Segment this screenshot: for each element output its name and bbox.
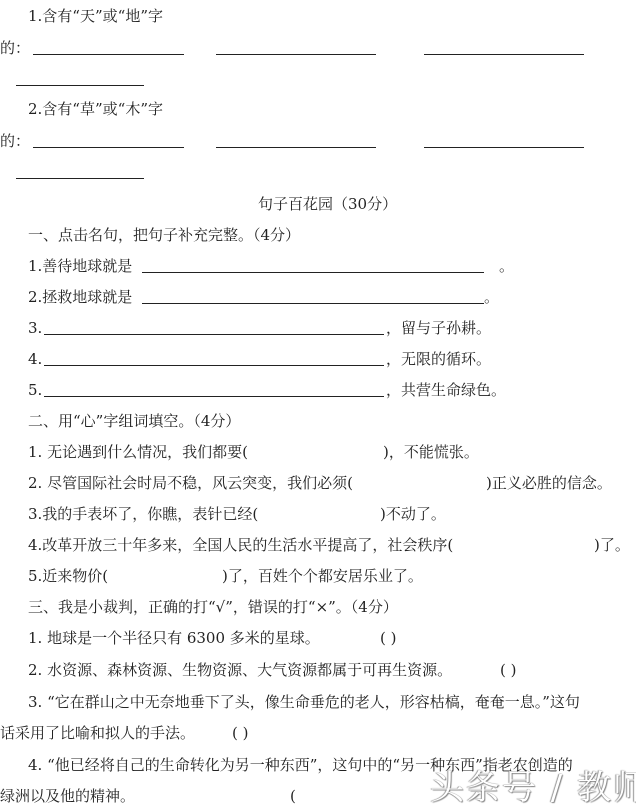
- q2-label: 2.含有“草”或“木”字: [28, 100, 163, 118]
- s3-item-2-paren[interactable]: ( ): [500, 661, 516, 679]
- s3-item-1-paren[interactable]: ( ): [380, 629, 396, 647]
- s2-item-3-after: )不动了。: [380, 505, 446, 523]
- s1-item-3-prefix: 3.: [28, 319, 42, 337]
- s3-item-3-paren[interactable]: ( ): [232, 724, 248, 742]
- s2-item-2-before: 2. 尽管国际社会时局不稳，风云突变，我们必须(: [28, 474, 353, 492]
- s3-item-4-paren[interactable]: (: [290, 787, 296, 805]
- s3-item-2-text: 2. 水资源、森林资源、生物资源、大气资源都属于可再生资源。: [28, 661, 452, 679]
- s2-item-5-before: 5.近来物价(: [28, 567, 108, 585]
- q1-blank-4[interactable]: [16, 85, 144, 86]
- s2-item-4-before: 4.改革开放三十年多来，全国人民的生活水平提高了，社会秩序(: [28, 536, 453, 554]
- s1-item-4-prefix: 4.: [28, 350, 42, 368]
- s1-item-2-prefix: 2.拯救地球就是: [28, 288, 132, 306]
- q1-blank-3[interactable]: [424, 54, 584, 55]
- s2-item-4-after: )了。: [594, 536, 630, 554]
- q1-blank-2[interactable]: [216, 54, 376, 55]
- s1-item-4-blank[interactable]: [44, 365, 384, 366]
- s1-item-3-suffix: ，留与子孙耕。: [386, 319, 491, 337]
- s1-item-3-blank[interactable]: [44, 334, 384, 335]
- q1-blank-1[interactable]: [33, 54, 184, 55]
- s1-item-1-suffix: 。: [499, 257, 514, 275]
- s3-item-3-line2: 话采用了比喻和拟人的手法。: [0, 724, 195, 742]
- s2-item-5-after: )了，百姓个个都安居乐业了。: [222, 567, 423, 585]
- q2-blank-4[interactable]: [16, 178, 144, 179]
- s2-item-3-before: 3.我的手表坏了，你瞧，表针已经(: [28, 505, 258, 523]
- s3-item-1-text: 1. 地球是一个半径只有 6300 多米的星球。: [28, 629, 320, 647]
- s1-item-2-suffix: 。: [484, 288, 499, 306]
- q2-blank-2[interactable]: [216, 147, 376, 148]
- section2-heading: 二、用“心”字组词填空。（4分）: [28, 412, 240, 430]
- q2-blank-1[interactable]: [33, 147, 184, 148]
- section-title: 句子百花园（30分）: [258, 195, 397, 213]
- section1-heading: 一、点击名句，把句子补充完整。（4分）: [28, 226, 300, 244]
- watermark: 头条号 / 教师育儿: [430, 768, 636, 808]
- s3-item-4-line2: 绿洲以及他的精神。: [0, 787, 135, 805]
- s1-item-5-blank[interactable]: [44, 396, 384, 397]
- s1-item-5-prefix: 5.: [28, 381, 42, 399]
- s1-item-1-blank[interactable]: [142, 272, 484, 273]
- s2-item-1-after: )，不能慌张。: [383, 443, 479, 461]
- s1-item-1-prefix: 1.善待地球就是: [28, 257, 132, 275]
- q1-label: 1.含有“天”或“地”字: [28, 7, 163, 25]
- s1-item-2-blank[interactable]: [142, 303, 484, 304]
- q1-suffix: 的：: [0, 39, 30, 57]
- section3-heading: 三、我是小裁判，正确的打“√”，错误的打“×”。（4分）: [28, 598, 398, 616]
- s2-item-1-before: 1. 无论遇到什么情况，我们都要(: [28, 443, 248, 461]
- q2-blank-3[interactable]: [424, 147, 584, 148]
- s1-item-4-suffix: ，无限的循环。: [386, 350, 491, 368]
- q2-suffix: 的：: [0, 132, 30, 150]
- s2-item-2-after: )正义必胜的信念。: [486, 474, 612, 492]
- s3-item-3-line1: 3. “它在群山之中无奈地垂下了头，像生命垂危的老人，形容枯槁，奄奄一息。”这句: [28, 693, 580, 711]
- s1-item-5-suffix: ，共营生命绿色。: [386, 381, 506, 399]
